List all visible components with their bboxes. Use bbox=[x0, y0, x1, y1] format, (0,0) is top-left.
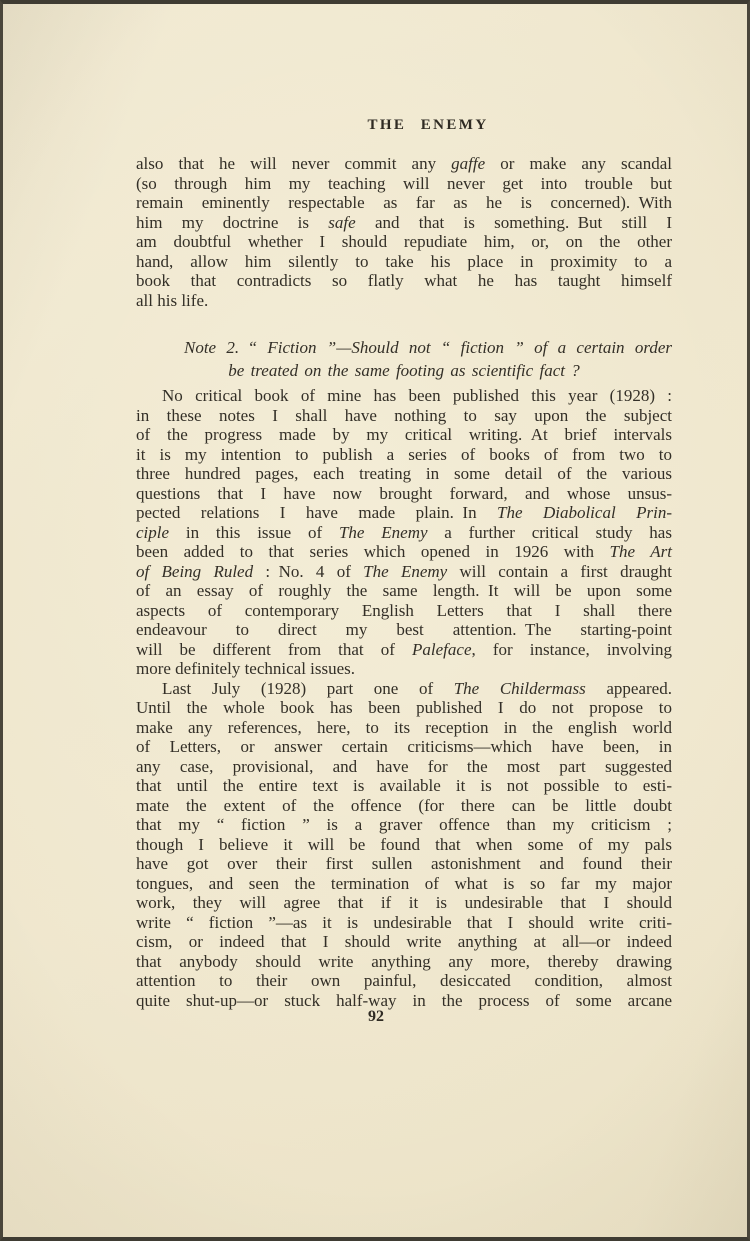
text-line: have got over their first sullen astonis… bbox=[136, 854, 672, 874]
text-line: tongues, and seen the termination of wha… bbox=[136, 874, 672, 894]
text-line: book that contradicts so flatly what he … bbox=[136, 271, 672, 291]
text-line: also that he will never commit any gaffe… bbox=[136, 154, 672, 174]
text-line: of Letters, or answer certain criticisms… bbox=[136, 737, 672, 757]
book-page: THE ENEMY also that he will never commit… bbox=[0, 0, 750, 1241]
text-line: been added to that series which opened i… bbox=[136, 542, 672, 562]
text-line: that anybody should write anything any m… bbox=[136, 952, 672, 972]
text-line: three hundred pages, each treating in so… bbox=[136, 464, 672, 484]
note-heading: Note 2. “ Fiction ”—Should not “ fiction… bbox=[136, 336, 672, 382]
text-line: more definitely technical issues. bbox=[136, 659, 672, 679]
text-line: questions that I have now brought forwar… bbox=[136, 484, 672, 504]
paragraph-1: also that he will never commit any gaffe… bbox=[136, 154, 672, 310]
text-line: write “ fiction ”—as it is undesirable t… bbox=[136, 913, 672, 933]
text-line: him my doctrine is safe and that is some… bbox=[136, 213, 672, 233]
text-line: make any references, here, to its recept… bbox=[136, 718, 672, 738]
text-line: (so through him my teaching will never g… bbox=[136, 174, 672, 194]
text-line: remain eminently respectable as far as h… bbox=[136, 193, 672, 213]
text-line: pected relations I have made plain. In T… bbox=[136, 503, 672, 523]
text-line: though I believe it will be found that w… bbox=[136, 835, 672, 855]
text-line: Until the whole book has been published … bbox=[136, 698, 672, 718]
text-line: that until the entire text is available … bbox=[136, 776, 672, 796]
text-line: aspects of contemporary English Letters … bbox=[136, 601, 672, 621]
text-line: in these notes I shall have nothing to s… bbox=[136, 406, 672, 426]
running-head: THE ENEMY bbox=[160, 117, 696, 134]
text-line: will be different from that of Paleface,… bbox=[136, 640, 672, 660]
text-line: am doubtful whether I should repudiate h… bbox=[136, 232, 672, 252]
text-line: it is my intention to publish a series o… bbox=[136, 445, 672, 465]
text-line: ciple in this issue of The Enemy a furth… bbox=[136, 523, 672, 543]
text-line: work, they will agree that if it is unde… bbox=[136, 893, 672, 913]
text-line: Note 2. “ Fiction ”—Should not “ fiction… bbox=[136, 336, 672, 359]
text-line: Last July (1928) part one of The Childer… bbox=[136, 679, 672, 699]
text-line: attention to their own painful, desiccat… bbox=[136, 971, 672, 991]
text-line: No critical book of mine has been publis… bbox=[136, 386, 672, 406]
text-line: hand, allow him silently to take his pla… bbox=[136, 252, 672, 272]
text-line: endeavour to direct my best attention. T… bbox=[136, 620, 672, 640]
paragraph-2: No critical book of mine has been publis… bbox=[136, 386, 672, 679]
page-number: 92 bbox=[108, 1008, 644, 1026]
text-line: mate the extent of the offence (for ther… bbox=[136, 796, 672, 816]
paragraph-3: Last July (1928) part one of The Childer… bbox=[136, 679, 672, 1011]
text-line: all his life. bbox=[136, 291, 672, 311]
page-text: also that he will never commit any gaffe… bbox=[136, 154, 672, 1010]
text-line: of Being Ruled : No. 4 of The Enemy will… bbox=[136, 562, 672, 582]
text-line: be treated on the same footing as scient… bbox=[136, 359, 672, 382]
text-line: of an essay of roughly the same length. … bbox=[136, 581, 672, 601]
text-line: cism, or indeed that I should write anyt… bbox=[136, 932, 672, 952]
text-line: that my “ fiction ” is a graver offence … bbox=[136, 815, 672, 835]
text-line: of the progress made by my critical writ… bbox=[136, 425, 672, 445]
text-line: any case, provisional, and have for the … bbox=[136, 757, 672, 777]
